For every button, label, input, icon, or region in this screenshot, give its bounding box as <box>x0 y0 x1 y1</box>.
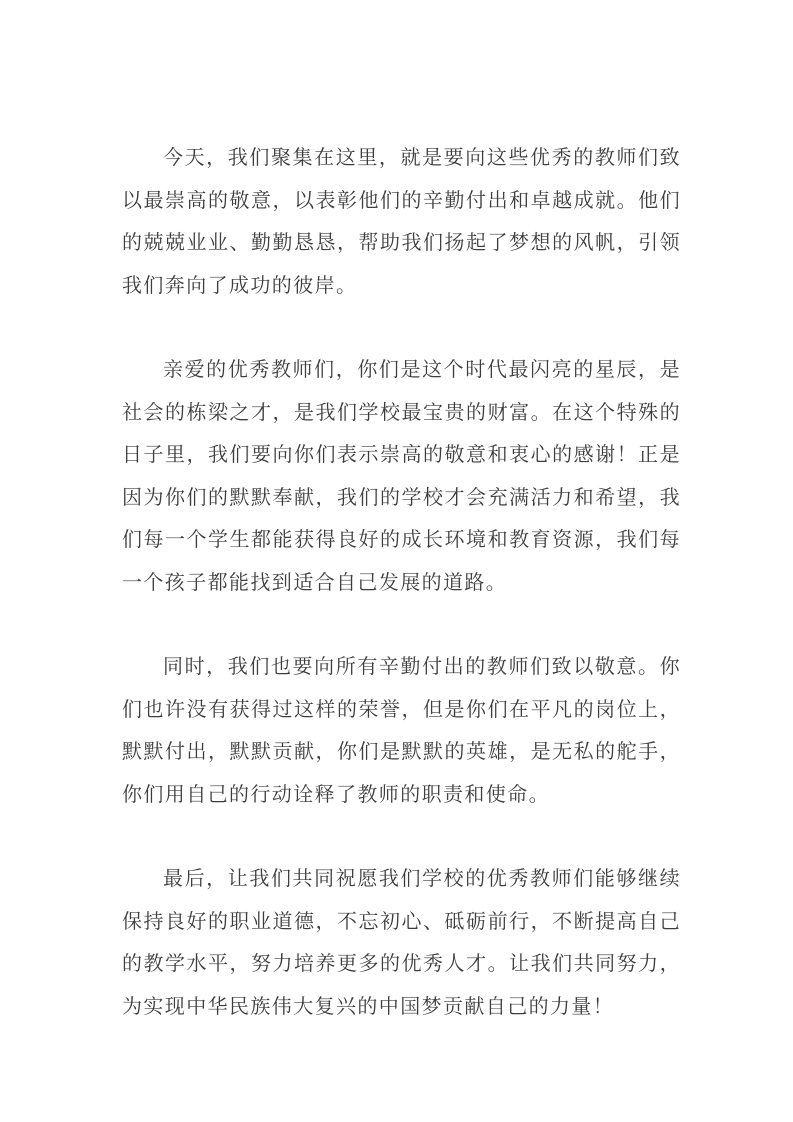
document-page: 今天，我们聚集在这里，就是要向这些优秀的教师们致以最崇高的敬意，以表彰他们的辛勤… <box>0 0 793 1122</box>
document-body: 今天，我们聚集在这里，就是要向这些优秀的教师们致以最崇高的敬意，以表彰他们的辛勤… <box>122 137 681 1028</box>
paragraph: 亲爱的优秀教师们，你们是这个时代最闪亮的星辰，是社会的栋梁之才，是我们学校最宝贵… <box>122 349 681 604</box>
paragraph: 最后，让我们共同祝愿我们学校的优秀教师们能够继续保持良好的职业道德，不忘初心、砥… <box>122 858 681 1028</box>
paragraph: 今天，我们聚集在这里，就是要向这些优秀的教师们致以最崇高的敬意，以表彰他们的辛勤… <box>122 137 681 307</box>
paragraph: 同时，我们也要向所有辛勤付出的教师们致以敬意。你们也许没有获得过这样的荣誉，但是… <box>122 646 681 816</box>
